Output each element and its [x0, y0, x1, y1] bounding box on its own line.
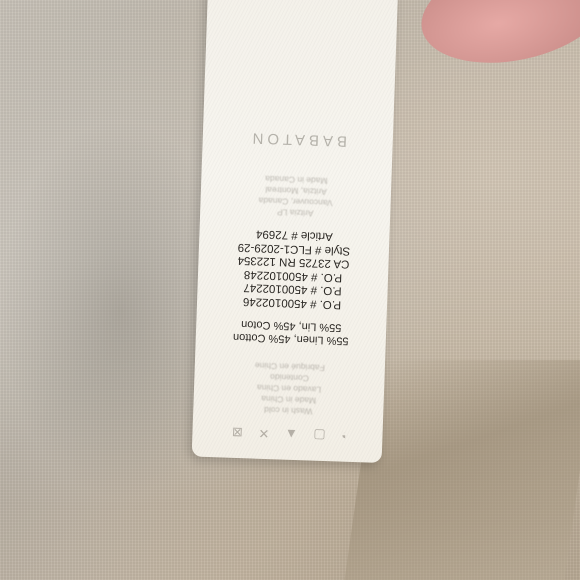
care-symbols-icon: ◔ ▢ ▲ ✕ ⊠ — [226, 424, 350, 444]
care-label: ◔ ▢ ▲ ✕ ⊠ Wash in cold Made in China Lav… — [192, 0, 398, 463]
faded-text-block-bottom: Wash in cold Made in China Lavado en Chi… — [253, 360, 325, 417]
brand-name: BABATON — [248, 129, 347, 149]
product-codes: P.O. # 4500102246 P.O. # 4500102247 P.O.… — [236, 226, 351, 311]
faded-text-block-top: Aritzia LP Vancouver, Canada Aritzia, Mo… — [258, 173, 334, 220]
label-content-rotated: ◔ ▢ ▲ ✕ ⊠ Wash in cold Made in China Lav… — [192, 0, 398, 463]
fiber-composition: 55% Linen, 45% Cotton 55% Lin, 45% Coton — [233, 317, 349, 347]
fabric-shadow — [0, 120, 200, 500]
